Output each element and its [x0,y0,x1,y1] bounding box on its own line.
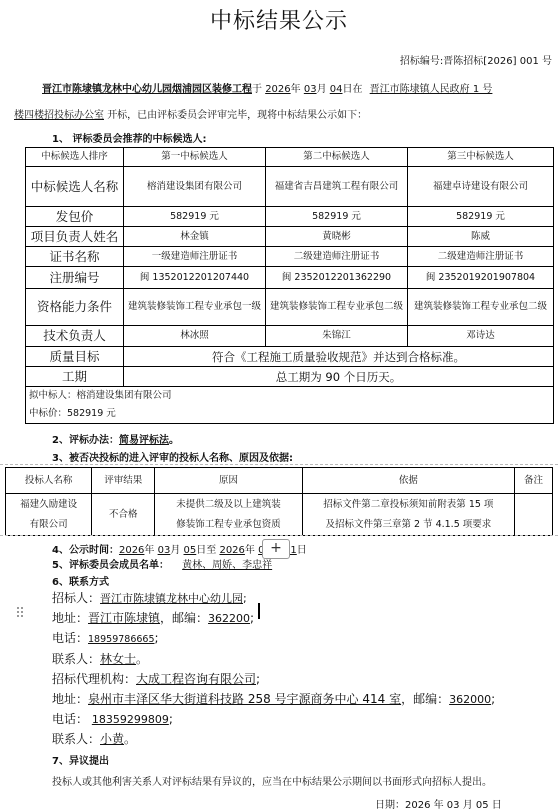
winner-row: 拟中标人：榕消建设集团有限公司 中标价：582919 元 [26,387,554,424]
remark-cell [515,494,553,536]
header-cell: 投标人名称 [6,468,92,494]
table-row: 中标候选人名称 榕消建设集团有限公司 福建省吉昌建筑工程有限公司 福建卓诗建设有… [26,167,554,207]
date-text: 年 [144,545,154,556]
date-text: 日至 [196,545,216,556]
intro-text: 月 [317,84,327,95]
date-label: 日期： [375,800,405,810]
intro-line-2: 楼四楼招投标办公室 开标，已由评标委员会评审完毕，现将中标结果公示如下： [14,106,367,121]
header-cell: 原因 [155,468,302,494]
bid-number: 招标编号:晋陈招标[2026] 001 号 [400,52,552,67]
row-label: 证书名称 [26,247,124,267]
tenderer-contact-line: 联系人：林女士。 [52,650,148,667]
postcode-label: ，邮编： [401,692,449,706]
winner-cell: 拟中标人：榕消建设集团有限公司 中标价：582919 元 [26,387,554,424]
quality-value: 符合《工程施工质量验收规范》并达到合格标准。 [124,347,554,367]
agency-contact: 小黄 [100,732,124,746]
bid-number-label: 招标编号: [400,56,443,67]
header-cell: 第二中标候选人 [266,148,408,167]
table-row: 资格能力条件 建筑装修装饰工程专业承包一级 建筑装修装饰工程专业承包二级 建筑装… [26,289,554,326]
header-cell: 第三中标候选人 [408,148,554,167]
quality-row: 质量目标 符合《工程施工质量验收规范》并达到合格标准。 [26,347,554,367]
tenderer-name: 晋江市陈埭镇龙林中心幼儿园 [100,592,243,605]
row-label: 工期 [26,367,124,387]
table-cell: 福建省吉昌建筑工程有限公司 [266,167,408,207]
table-cell: 黄晓彬 [266,227,408,247]
agency-contact-line: 联系人：小黄。 [52,730,136,747]
tenderer-label: 招标人： [52,591,100,605]
table-row: 注册编号 闽 1352012201207440 闽 23520122013622… [26,267,554,289]
date-text: 年 [245,545,255,556]
contact-label: 联系人： [52,732,100,746]
table-header-row: 中标候选人排序 第一中标候选人 第二中标候选人 第三中标候选人 [26,148,554,167]
section-5: 5、评标委员会成员名单： 黄林、周娇、李忠祥 [52,556,282,571]
agency-line: 招标代理机构：大成工程咨询有限公司; [52,670,260,687]
text-cursor [258,603,260,619]
winning-price: 中标价：582919 元 [29,405,551,423]
section-4-label: 4、公示时间： [52,545,119,556]
table-row: 项目负责人姓名 林金镇 黄晓彬 陈威 [26,227,554,247]
table-cell: 建筑装修装饰工程专业承包一级 [124,289,266,326]
tenderer-line: 招标人：晋江市陈埭镇龙林中心幼儿园; [52,589,247,606]
agency-postcode: 362000 [449,693,491,706]
open-day: 04 [330,84,343,95]
header-cell: 中标候选人排序 [26,148,124,167]
table-cell: 榕消建设集团有限公司 [124,167,266,207]
section-7-body: 投标人或其他利害关系人对评标结果有异议的，应当在中标结果公示期间以书面形式向招标… [52,773,492,788]
basis-cont: 及招标文件第三章第 2 节 4.1.5 项要求 [305,515,512,535]
drag-handle-icon[interactable] [17,607,25,619]
page-title: 中标结果公示 [0,4,558,35]
document-date: 日期：2026 年 03 月 05 日 [375,796,502,810]
open-year: 2026 [265,84,290,95]
table-cell: 闽 1352012201207440 [124,267,266,289]
table-cell: 582919 元 [124,207,266,227]
table-cell: 建筑装修装饰工程专业承包二级 [266,289,408,326]
table-cell: 二级建造师注册证书 [266,247,408,267]
section-3-title: 3、被否决投标的进入评审的投标人名称、原因及依据: [52,449,293,464]
intro-text: 于 [252,84,262,95]
agency-name: 大成工程咨询有限公司 [136,672,256,686]
tenderer-address: 晋江市陈埭镇 [88,611,160,625]
tenderer-address-line: 地址：晋江市陈埭镇，邮编：362200; [52,609,254,626]
divider [0,535,558,536]
tenderer-postcode: 362200 [208,612,250,625]
proposed-winner: 拟中标人：榕消建设集团有限公司 [29,387,551,405]
rejected-table: 投标人名称 评审结果 原因 依据 备注 福建久励建设 有限公司 不合格 未提供二… [5,467,553,536]
agency-phone-line: 电话： 18359299809; [52,710,173,727]
start-month: 03 [158,545,171,556]
intro-text: 日在 [342,84,362,95]
project-name: 晋江市陈埭镇龙林中心幼儿园烟浦园区装修工程 [42,84,252,95]
phone-label: 电话： [52,712,88,726]
table-row: 福建久励建设 有限公司 不合格 未提供二级及以上建筑装 修装饰工程专业承包资质 … [6,494,553,536]
reason: 未提供二级及以上建筑装 [157,495,299,515]
reason-cell: 未提供二级及以上建筑装 修装饰工程专业承包资质 [155,494,302,536]
agency-address-line: 地址：泉州市丰泽区华大街道科技路 258 号宇源商务中心 414 室，邮编：36… [52,690,495,707]
result-cell: 不合格 [92,494,155,536]
agency-phone: 18359299809 [92,713,169,726]
table-cell: 林冰照 [124,326,266,347]
plus-icon: + [270,540,282,556]
table-cell: 一级建造师注册证书 [124,247,266,267]
phone-label: 电话： [52,631,88,645]
header-cell: 备注 [515,468,553,494]
duration-row: 工期 总工期为 90 个日历天。 [26,367,554,387]
candidates-table: 中标候选人排序 第一中标候选人 第二中标候选人 第三中标候选人 中标候选人名称 … [25,147,554,424]
basis: 招标文件第二章投标须知前附表第 15 项 [305,495,512,515]
table-cell: 582919 元 [266,207,408,227]
open-month: 03 [304,84,317,95]
table-cell: 邓诗达 [408,326,554,347]
row-label: 资格能力条件 [26,289,124,326]
table-cell: 闽 2352012201362290 [266,267,408,289]
date-value: 2026 年 03 月 05 日 [405,800,502,810]
bidder-name-cont: 有限公司 [8,515,89,535]
table-cell: 582919 元 [408,207,554,227]
table-row: 技术负责人 林冰照 朱锦江 邓诗达 [26,326,554,347]
tenderer-phone-line: 电话：18959786665; [52,629,159,646]
header-cell: 评审结果 [92,468,155,494]
table-cell: 福建卓诗建设有限公司 [408,167,554,207]
section-2-suffix: 。 [169,435,179,446]
intro-line-1: 晋江市陈埭镇龙林中心幼儿园烟浦园区装修工程于 2026年 03月 04日在 晋江… [42,80,492,95]
intro-text: 年 [291,84,301,95]
address-label: 地址： [52,692,88,706]
tenderer-phone: 18959786665 [88,634,155,645]
row-label: 质量目标 [26,347,124,367]
row-label: 项目负责人姓名 [26,227,124,247]
address-label: 地址： [52,611,88,625]
table-cell: 朱锦江 [266,326,408,347]
table-cell: 林金镇 [124,227,266,247]
basis-cell: 招标文件第二章投标须知前附表第 15 项 及招标文件第三章第 2 节 4.1.5… [302,494,514,536]
divider [0,464,558,465]
header-cell: 第一中标候选人 [124,148,266,167]
header-cell: 依据 [302,468,514,494]
end-year: 2026 [219,545,244,556]
intro-text: 开标，已由评标委员会评审完毕，现将中标结果公示如下： [107,110,367,121]
table-cell: 二级建造师注册证书 [408,247,554,267]
table-cell: 闽 2352019201907804 [408,267,554,289]
date-text: 日 [297,545,307,556]
agency-label: 招标代理机构： [52,672,136,686]
open-location: 晋江市陈埭镇人民政府 1 号 [370,84,493,95]
agency-address: 泉州市丰泽区华大街道科技路 258 号宇源商务中心 414 室 [88,692,401,706]
section-2-label: 2、评标办法： [52,435,119,446]
row-label: 技术负责人 [26,326,124,347]
contact-label: 联系人： [52,652,100,666]
open-location-cont: 楼四楼招投标办公室 [14,110,104,121]
start-day: 05 [184,545,197,556]
evaluation-method: 简易评标法 [119,435,169,446]
postcode-label: ，邮编： [160,611,208,625]
date-text: 月 [170,545,180,556]
bid-number-value: 晋陈招标[2026] 001 号 [443,56,552,67]
start-year: 2026 [119,545,144,556]
row-label: 发包价 [26,207,124,227]
committee-members: 黄林、周娇、李忠祥 [172,560,282,571]
table-cell: 陈威 [408,227,554,247]
section-2: 2、评标办法：简易评标法。 [52,431,179,446]
reason-cont: 修装饰工程专业承包资质 [157,515,299,535]
section-5-label: 5、评标委员会成员名单： [52,560,169,571]
table-cell: 建筑装修装饰工程专业承包二级 [408,289,554,326]
section-1-title: 1、 评标委员会推荐的中标候选人: [52,130,206,145]
table-row: 证书名称 一级建造师注册证书 二级建造师注册证书 二级建造师注册证书 [26,247,554,267]
row-label: 中标候选人名称 [26,167,124,207]
table-row: 发包价 582919 元 582919 元 582919 元 [26,207,554,227]
section-6-title: 6、联系方式 [52,573,109,588]
bidder-name-cell: 福建久励建设 有限公司 [6,494,92,536]
section-7-title: 7、异议提出 [52,752,109,767]
row-label: 注册编号 [26,267,124,289]
table-header-row: 投标人名称 评审结果 原因 依据 备注 [6,468,553,494]
bidder-name: 福建久励建设 [8,495,89,515]
tenderer-contact: 林女士 [100,652,136,666]
duration-value: 总工期为 90 个日历天。 [124,367,554,387]
